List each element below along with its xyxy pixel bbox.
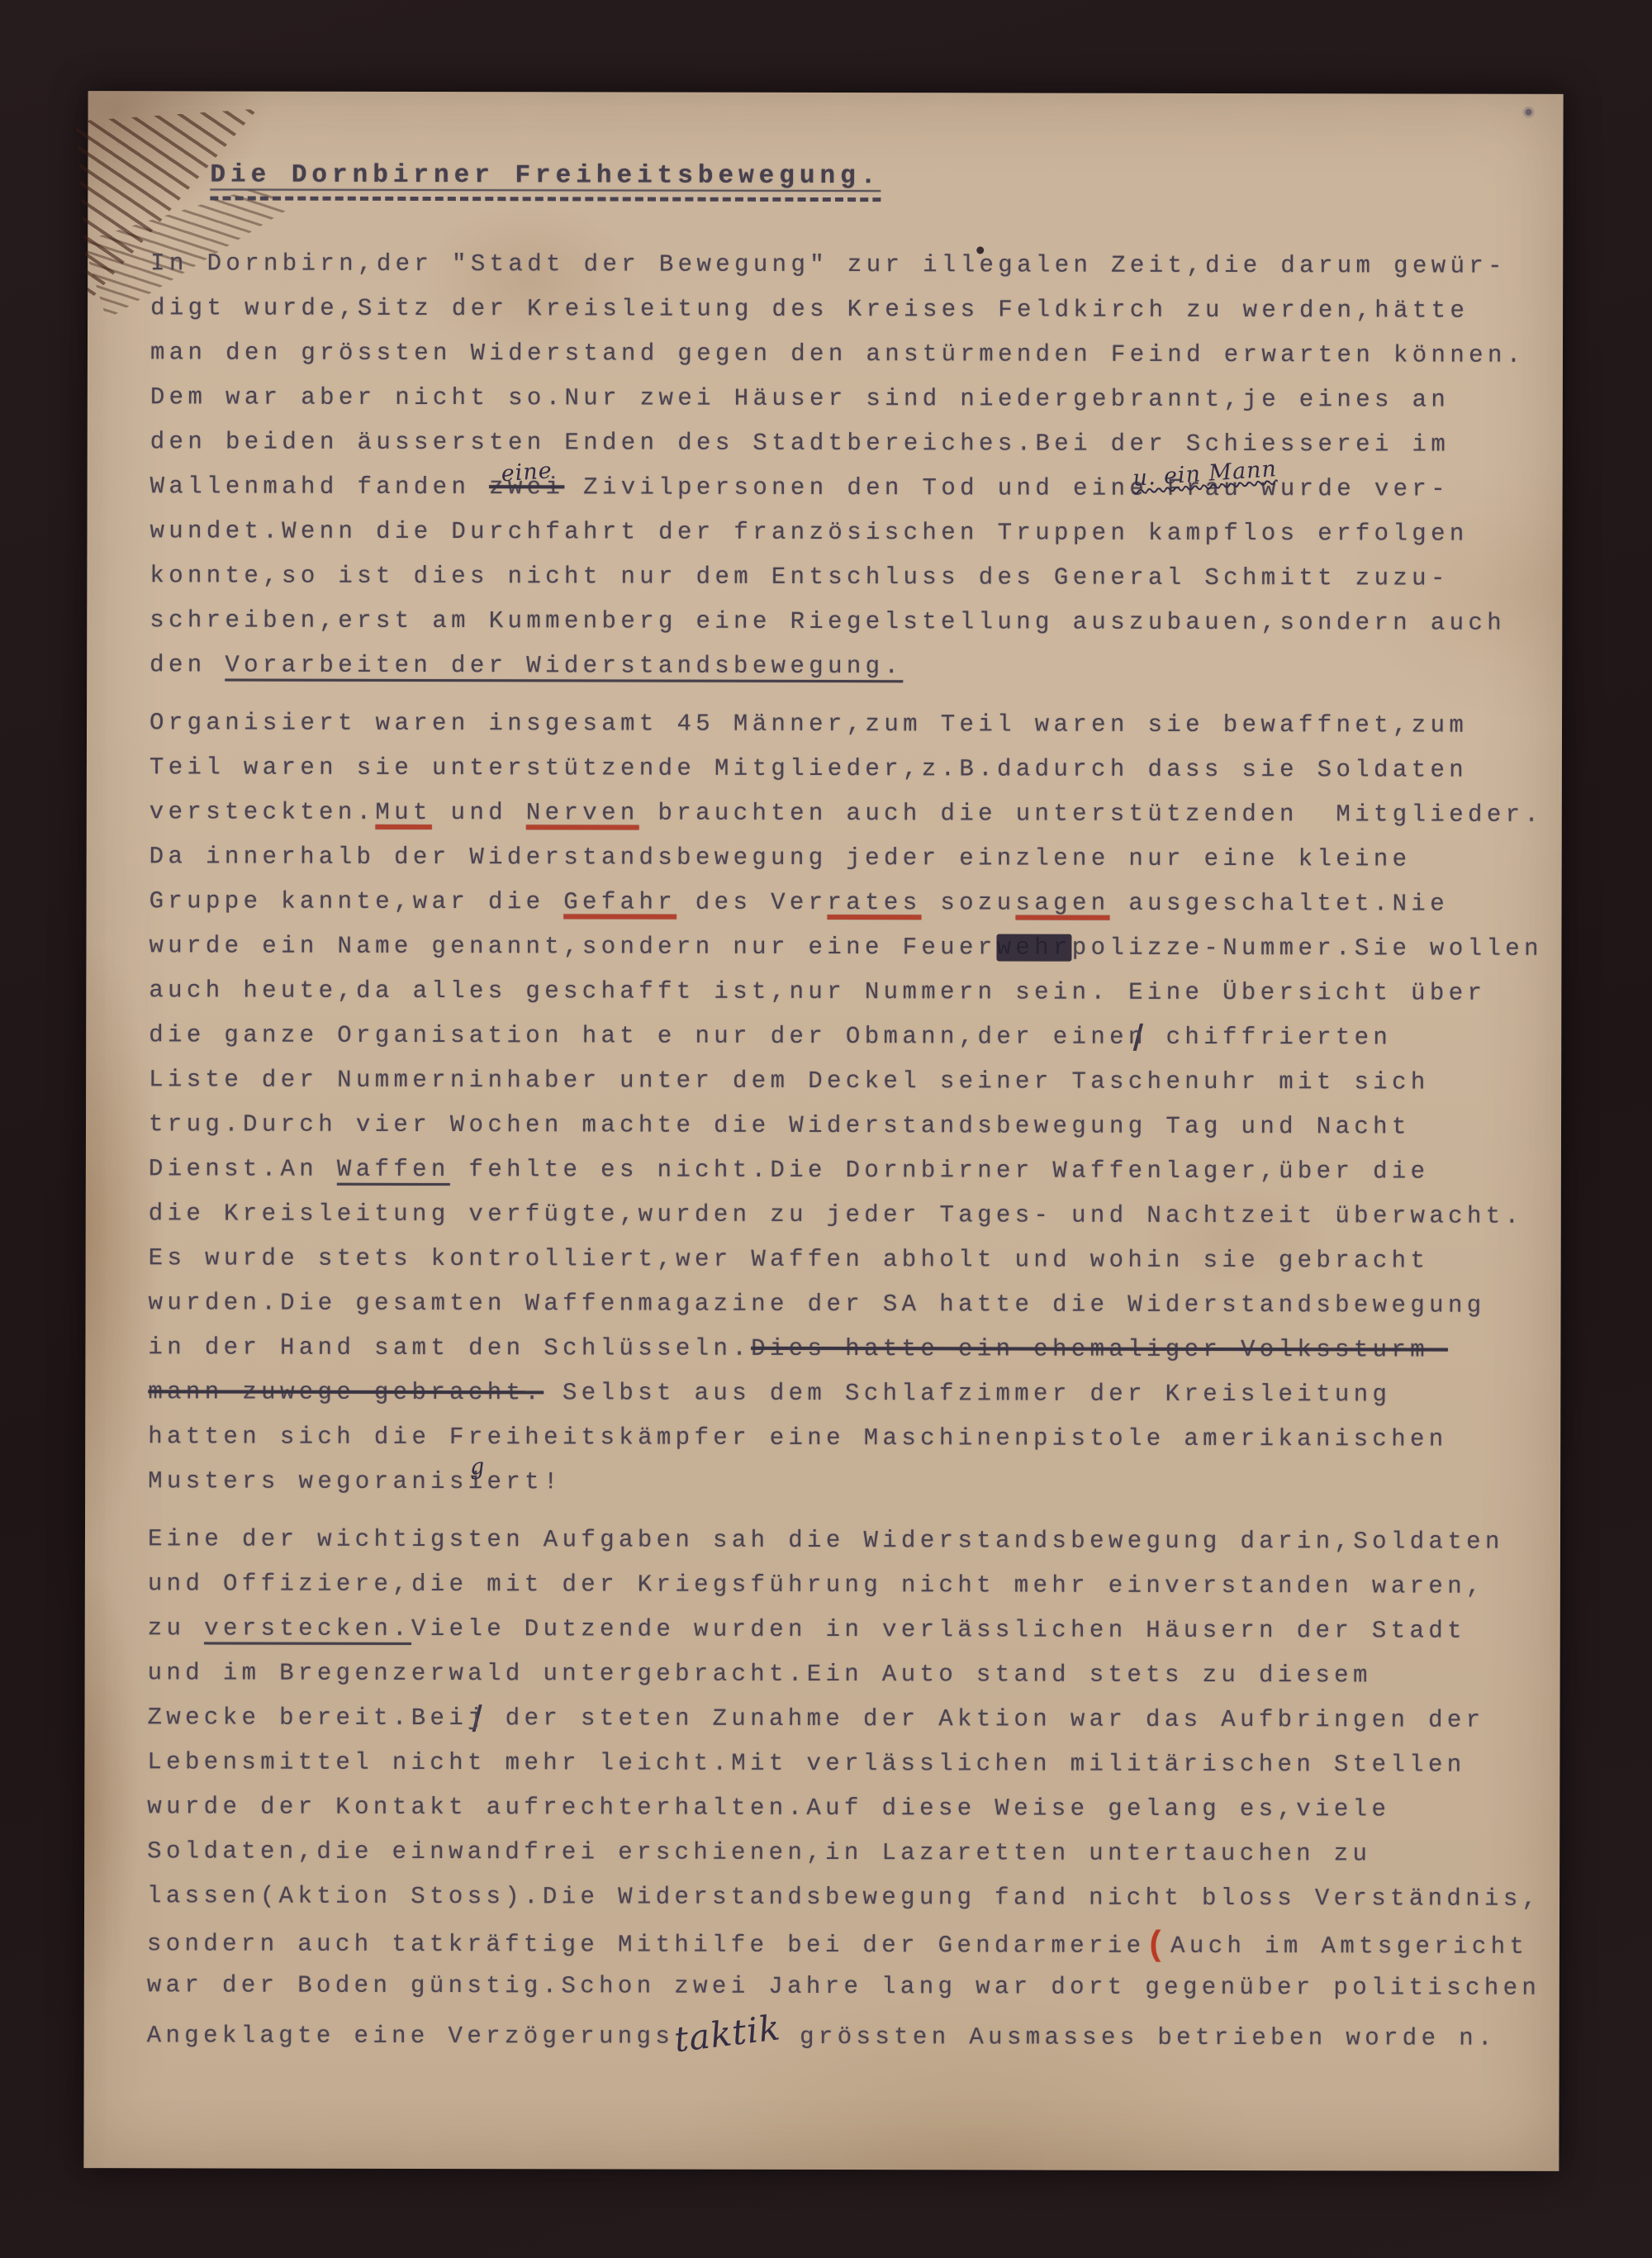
text-segment: grössten Ausmasses betrieben worde n. (781, 2023, 1497, 2052)
text-segment: sondern auch tatkräftige Mithilfe bei de… (147, 1930, 1146, 1960)
text-segment: Wallenmahd fanden (150, 473, 490, 501)
paragraph-organisation: Organisiert waren insgesamt 45 Männer,zu… (148, 701, 1558, 1507)
text-segment: Viele Dutzende wurden in verlässlichen H… (411, 1615, 1466, 1645)
text-segment: polizze-Nummer.Sie wollen (1072, 934, 1543, 963)
text-segment-red-underline: rates (827, 889, 921, 916)
text-line: Dem war aber nicht so.Nur zwei Häuser si… (150, 375, 1559, 423)
text-segment: auch heute,da alles geschafft ist,nur Nu… (149, 977, 1486, 1006)
text-line: lassen(Aktion Stoss).Die Widerstandsbewe… (147, 1874, 1555, 1922)
text-line: Organisiert waren insgesamt 45 Männer,zu… (150, 701, 1558, 749)
text-segment-slash: j (468, 1704, 487, 1732)
text-segment: Dienst.An (149, 1155, 337, 1182)
staple-hole (1526, 109, 1532, 116)
text-line: wurde ein Name genannt,sondern nur eine … (149, 924, 1557, 972)
text-line: wurden.Die gesamten Waffenmagazine der S… (149, 1281, 1557, 1329)
document-page: Die Dornbirner Freiheitsbewegung. In Dor… (83, 91, 1563, 2171)
text-segment: des Ver (676, 889, 828, 916)
text-line: den Vorarbeiten der Widerstandsbewegung. (150, 643, 1558, 691)
text-segment: versteckten. (150, 798, 376, 826)
text-line: man den grössten Widerstand gegen den an… (150, 330, 1559, 378)
text-line: versteckten.Mut und Nerven brauchten auc… (150, 790, 1558, 838)
document-body: In Dornbirn,der "Stadt der Bewegung" zur… (147, 241, 1559, 2069)
text-segment: ausgeschaltet.Nie (1110, 890, 1450, 918)
text-line: und im Bregenzerwald untergebracht.Ein A… (148, 1651, 1556, 1699)
text-line: digt wurde,Sitz der Kreisleitung des Kre… (150, 286, 1559, 334)
page-title: Die Dornbirner Freiheitsbewegung. (210, 160, 881, 202)
text-segment: und Offiziere,die mit der Kriegsführung … (148, 1570, 1485, 1600)
text-segment: Teil waren sie unterstützende Mitglieder… (150, 753, 1468, 783)
text-segment: und (432, 799, 526, 826)
text-line: Teil waren sie unterstützende Mitglieder… (150, 745, 1558, 793)
text-segment: In Dornbirn,der "Stadt der Bewegung" zur… (150, 250, 1507, 279)
text-line: Da innerhalb der Widerstandsbewegung jed… (150, 834, 1558, 882)
text-segment: den beiden äussersten Enden des Stadtber… (150, 428, 1450, 458)
photo-background: { "colors": { "background": "#221719", "… (0, 0, 1652, 2258)
text-line: Zwecke bereit.Beij der steten Zunahme de… (147, 1695, 1555, 1743)
text-line: zu verstecken.Viele Dutzende wurden in v… (148, 1606, 1556, 1654)
text-segment: Liste der Nummerninhaber unter dem Decke… (149, 1066, 1430, 1096)
text-segment-hand: taktik (672, 2005, 784, 2062)
text-line: wundet.Wenn die Durchfahrt der französis… (150, 509, 1558, 557)
text-segment: Zivilpersonen den Tod und eine (564, 473, 1167, 502)
text-segment: digt wurde,Sitz der Kreisleitung des Kre… (150, 294, 1469, 324)
text-line: Gruppe kannte,war die Gefahr des Verrate… (150, 879, 1558, 927)
text-segment-red-underline: Mut (375, 799, 431, 826)
text-segment-pen-underline: Waffen (337, 1156, 450, 1183)
text-segment: Dem war aber nicht so.Nur zwei Häuser si… (150, 383, 1450, 413)
text-segment: Es wurde stets kontrolliert,wer Waffen a… (149, 1244, 1430, 1274)
text-segment-pen-underline: verstecken. (204, 1614, 411, 1642)
title-block: Die Dornbirner Freiheitsbewegung. (210, 160, 881, 202)
text-segment-blackout: wehr (997, 934, 1072, 961)
text-line: die Kreisleitung verfügte,wurden zu jede… (149, 1191, 1557, 1239)
text-segment: Auch im Amtsgericht (1170, 1932, 1528, 1961)
text-segment: sozu (921, 889, 1015, 916)
text-line: war der Boden günstig.Schon zwei Jahre l… (147, 1963, 1555, 2011)
text-segment: lassen(Aktion Stoss).Die Widerstandsbewe… (147, 1882, 1540, 1913)
text-segment: der steten Zunahme der Aktion war das Au… (487, 1704, 1485, 1734)
text-segment: wurden.Die gesamten Waffenmagazine der S… (149, 1289, 1486, 1319)
text-segment: Angeklagte eine Verzögerungs (147, 2022, 675, 2050)
text-segment: die Kreisleitung verfügte,wurden zu jede… (149, 1200, 1524, 1229)
text-segment: Gruppe kannte,war die (150, 887, 564, 915)
text-segment: wurde ein Name genannt,sondern nur eine … (149, 932, 996, 961)
text-line: und Offiziere,die mit der Kriegsführung … (148, 1562, 1556, 1609)
text-segment-strike: Dies hatte ein ehemaliger Volkssturm- (751, 1335, 1448, 1364)
text-line: in der Hand samt den Schlüsseln.Dies hat… (148, 1325, 1556, 1373)
text-line: Angeklagte eine Verzögerungstaktik gröss… (147, 2008, 1555, 2056)
text-segment: in der Hand samt den Schlüsseln. (148, 1333, 751, 1362)
text-segment-strike: mann zuwege gebracht. (148, 1378, 544, 1406)
text-segment: den (150, 651, 225, 678)
text-segment: konnte,so ist dies nicht nur dem Entschl… (150, 562, 1449, 592)
text-line: Es wurde stets kontrolliert,wer Waffen a… (149, 1236, 1557, 1284)
text-line: Soldaten,die einwandfrei erschienen,in L… (147, 1829, 1555, 1877)
text-segment: Selbst aus dem Schlafzimmer der Kreislei… (544, 1379, 1391, 1408)
text-line: mann zuwege gebracht. Selbst aus dem Sch… (148, 1370, 1556, 1418)
text-line: In Dornbirn,der "Stadt der Bewegung" zur… (150, 241, 1559, 289)
handwritten-annotation: g (469, 1455, 486, 1478)
text-segment: die ganze Organisation hat e nur der Obm… (149, 1021, 1128, 1050)
text-line: die ganze Organisation hat e nur der Obm… (149, 1013, 1557, 1061)
text-segment: trug.Durch vier Wochen machte die Widers… (149, 1110, 1411, 1140)
text-segment: Da innerhalb der Widerstandsbewegung jed… (150, 843, 1412, 872)
text-segment: wundet.Wenn die Durchfahrt der französis… (150, 517, 1468, 547)
text-segment: man den grössten Widerstand gegen den an… (150, 339, 1526, 368)
text-line: schreiben,erst am Kummenberg eine Riegel… (150, 598, 1558, 646)
text-segment: zu (148, 1614, 204, 1642)
text-line: konnte,so ist dies nicht nur dem Entschl… (150, 554, 1558, 601)
paragraph-aufgaben: Eine der wichtigsten Aufgaben sah die Wi… (147, 1517, 1556, 2056)
text-segment: schreiben,erst am Kummenberg eine Riegel… (150, 606, 1506, 636)
paragraph-einleitung: In Dornbirn,der "Stadt der Bewegung" zur… (150, 241, 1559, 691)
text-line: sondern auch tatkräftige Mithilfe bei de… (147, 1918, 1555, 1966)
text-line: auch heute,da alles geschafft ist,nur Nu… (149, 968, 1557, 1016)
text-line: den beiden äussersten Enden des Stadtber… (150, 420, 1559, 468)
text-segment: fehlte es nicht.Die Dornbirner Waffenlag… (450, 1156, 1430, 1185)
text-segment: Soldaten,die einwandfrei erschienen,in L… (147, 1837, 1371, 1867)
text-line: Dienst.An Waffen fehlte es nicht.Die Dor… (149, 1147, 1557, 1195)
text-line: Lebensmittel nicht mehr leicht.Mit verlä… (147, 1740, 1555, 1788)
handwritten-annotation: eine (501, 459, 553, 485)
text-segment-slash: n (1128, 1024, 1147, 1051)
text-line: Eine der wichtigsten Aufgaben sah die Wi… (148, 1517, 1556, 1565)
text-segment-red-underline: Gefahr (563, 888, 676, 915)
text-segment: Eine der wichtigsten Aufgaben sah die Wi… (148, 1525, 1504, 1555)
text-segment: brauchten auch die unterstützenden Mitgl… (639, 800, 1544, 829)
text-segment: Organisiert waren insgesamt 45 Männer,zu… (150, 709, 1468, 739)
text-line: Wallenmahd fanden zweieine Zivilpersonen… (150, 464, 1559, 512)
text-segment: Lebensmittel nicht mehr leicht.Mit verlä… (147, 1748, 1465, 1778)
text-segment: hatten sich die Freiheitskämpfer eine Ma… (148, 1423, 1447, 1452)
text-line: Liste der Nummerninhaber unter dem Decke… (149, 1058, 1557, 1105)
text-segment: Musters wegor (148, 1467, 393, 1495)
text-segment: war der Boden günstig.Schon zwei Jahre l… (147, 1971, 1540, 2002)
text-segment: Zwecke bereit.Bei (147, 1704, 468, 1732)
text-line: wurde der Kontakt aufrechterhalten.Auf d… (147, 1785, 1555, 1833)
text-segment-pen-underline: Vorarbeiten der Widerstandsbewegung. (225, 651, 903, 680)
text-line: Musters wegoranisiert!g (148, 1459, 1556, 1507)
text-segment-red-underline: Nerven (526, 799, 639, 826)
text-line: trug.Durch vier Wochen machte die Widers… (149, 1102, 1557, 1150)
text-segment: chiffrierten (1147, 1024, 1393, 1052)
text-segment-red-mark: ( (1145, 1923, 1170, 1968)
text-segment: und im Bregenzerwald untergebracht.Ein A… (148, 1659, 1372, 1689)
text-segment: wurde der Kontakt aufrechterhalten.Auf d… (147, 1793, 1390, 1823)
text-line: hatten sich die Freiheitskämpfer eine Ma… (148, 1414, 1556, 1462)
text-segment-red-underline: sagen (1016, 889, 1110, 916)
